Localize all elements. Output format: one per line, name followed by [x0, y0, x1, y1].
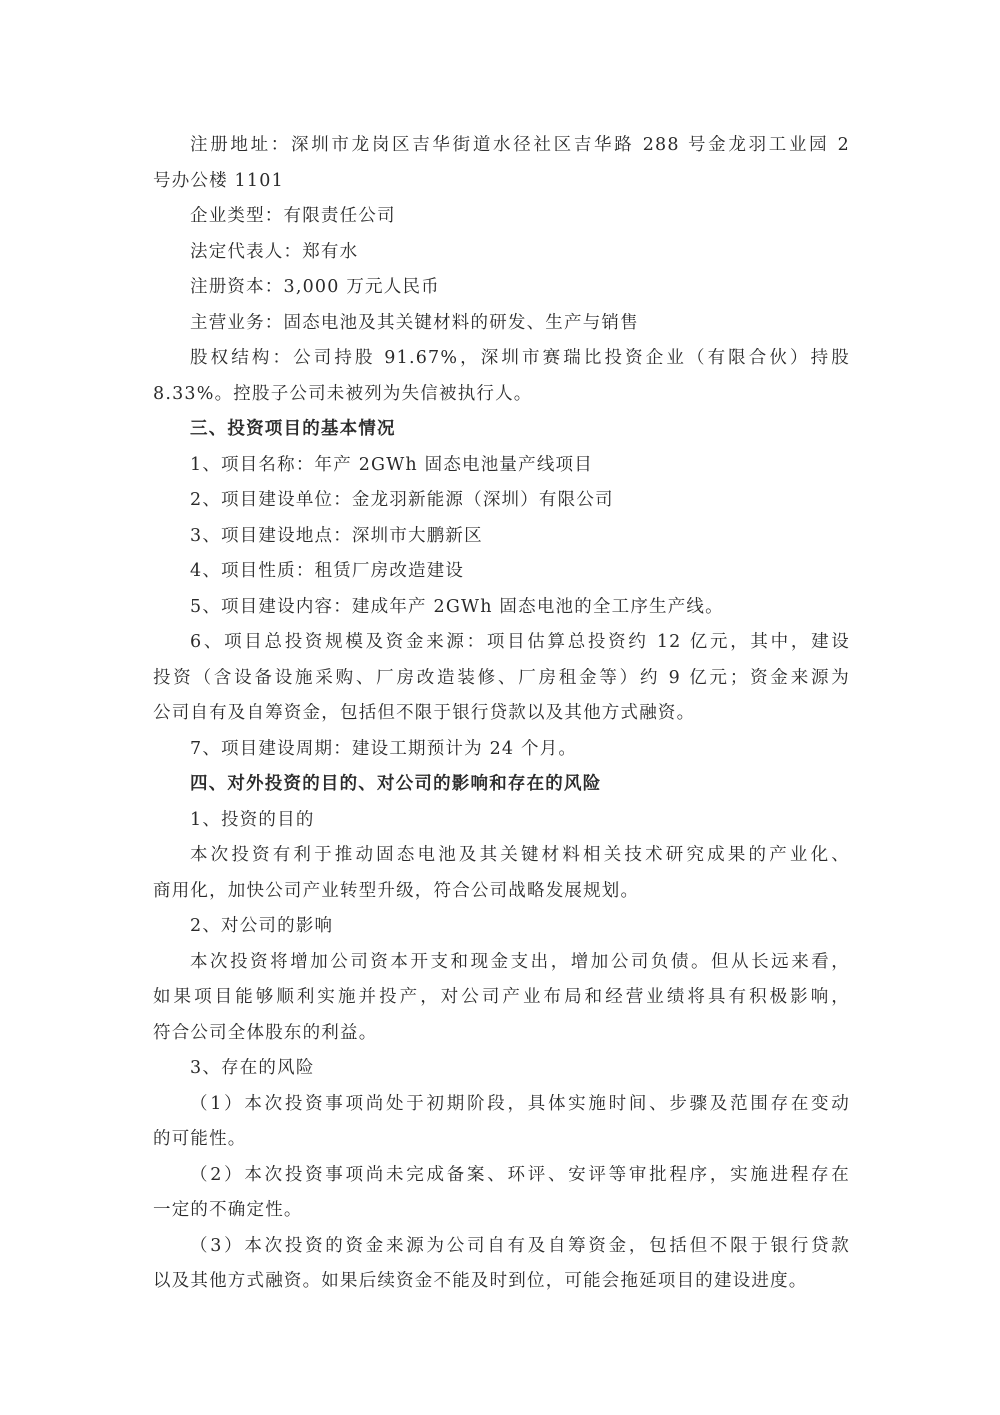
- project-item-4: 4、项目性质：租赁厂房改造建设: [153, 554, 850, 590]
- equity-line-2: 8.33%。控股子公司未被列为失信被执行人。: [153, 377, 850, 413]
- project-item-1: 1、项目名称：年产 2GWh 固态电池量产线项目: [153, 448, 850, 484]
- item6-line-1: 6、项目总投资规模及资金来源：项目估算总投资约 12 亿元，其中，建设: [153, 625, 850, 661]
- sub-2-body: 本次投资将增加公司资本开支和现金支出，增加公司负债。但从长远来看， 如果项目能够…: [153, 945, 850, 1052]
- sub-1-body: 本次投资有利于推动固态电池及其关键材料相关技术研究成果的产业化、 商用化，加快公…: [153, 838, 850, 909]
- registered-capital: 注册资本：3,000 万元人民币: [153, 270, 850, 306]
- sub1-line-1: 本次投资有利于推动固态电池及其关键材料相关技术研究成果的产业化、: [153, 838, 850, 874]
- sub2-line-2: 如果项目能够顺利实施并投产，对公司产业布局和经营业绩将具有积极影响，: [153, 980, 850, 1016]
- risk3-line-1: （3）本次投资的资金来源为公司自有及自筹资金，包括但不限于银行贷款: [153, 1229, 850, 1265]
- sub2-line-1: 本次投资将增加公司资本开支和现金支出，增加公司负债。但从长远来看，: [153, 945, 850, 981]
- risk1-line-2: 的可能性。: [153, 1122, 850, 1158]
- risk-2: （2）本次投资事项尚未完成备案、环评、安评等审批程序，实施进程存在 一定的不确定…: [153, 1158, 850, 1229]
- sub2-line-3: 符合公司全体股东的利益。: [153, 1016, 850, 1052]
- company-type: 企业类型：有限责任公司: [153, 199, 850, 235]
- sub-1-title: 1、投资的目的: [153, 803, 850, 839]
- address-line-1: 注册地址：深圳市龙岗区吉华街道水径社区吉华路 288 号金龙羽工业园 2: [153, 128, 850, 164]
- registered-address: 注册地址：深圳市龙岗区吉华街道水径社区吉华路 288 号金龙羽工业园 2 号办公…: [153, 128, 850, 199]
- section-3-heading: 三、投资项目的基本情况: [153, 412, 850, 448]
- equity-structure: 股权结构：公司持股 91.67%，深圳市赛瑞比投资企业（有限合伙）持股 8.33…: [153, 341, 850, 412]
- sub1-line-2: 商用化，加快公司产业转型升级，符合公司战略发展规划。: [153, 874, 850, 910]
- section-4-heading: 四、对外投资的目的、对公司的影响和存在的风险: [153, 767, 850, 803]
- project-item-3: 3、项目建设地点：深圳市大鹏新区: [153, 519, 850, 555]
- risk-3: （3）本次投资的资金来源为公司自有及自筹资金，包括但不限于银行贷款 以及其他方式…: [153, 1229, 850, 1300]
- risk1-line-1: （1）本次投资事项尚处于初期阶段，具体实施时间、步骤及范围存在变动: [153, 1087, 850, 1123]
- project-item-5: 5、项目建设内容：建成年产 2GWh 固态电池的全工序生产线。: [153, 590, 850, 626]
- equity-line-1: 股权结构：公司持股 91.67%，深圳市赛瑞比投资企业（有限合伙）持股: [153, 341, 850, 377]
- item6-line-3: 公司自有及自筹资金，包括但不限于银行贷款以及其他方式融资。: [153, 696, 850, 732]
- address-line-2: 号办公楼 1101: [153, 164, 850, 200]
- sub-3-title: 3、存在的风险: [153, 1051, 850, 1087]
- risk2-line-2: 一定的不确定性。: [153, 1193, 850, 1229]
- risk-1: （1）本次投资事项尚处于初期阶段，具体实施时间、步骤及范围存在变动 的可能性。: [153, 1087, 850, 1158]
- project-item-6: 6、项目总投资规模及资金来源：项目估算总投资约 12 亿元，其中，建设 投资（含…: [153, 625, 850, 732]
- project-item-7: 7、项目建设周期：建设工期预计为 24 个月。: [153, 732, 850, 768]
- document-page: 注册地址：深圳市龙岗区吉华街道水径社区吉华路 288 号金龙羽工业园 2 号办公…: [153, 128, 850, 1300]
- main-business: 主营业务：固态电池及其关键材料的研发、生产与销售: [153, 306, 850, 342]
- project-item-2: 2、项目建设单位：金龙羽新能源（深圳）有限公司: [153, 483, 850, 519]
- risk3-line-2: 以及其他方式融资。如果后续资金不能及时到位，可能会拖延项目的建设进度。: [153, 1264, 850, 1300]
- risk2-line-1: （2）本次投资事项尚未完成备案、环评、安评等审批程序，实施进程存在: [153, 1158, 850, 1194]
- item6-line-2: 投资（含设备设施采购、厂房改造装修、厂房租金等）约 9 亿元；资金来源为: [153, 661, 850, 697]
- legal-representative: 法定代表人：郑有水: [153, 235, 850, 271]
- sub-2-title: 2、对公司的影响: [153, 909, 850, 945]
